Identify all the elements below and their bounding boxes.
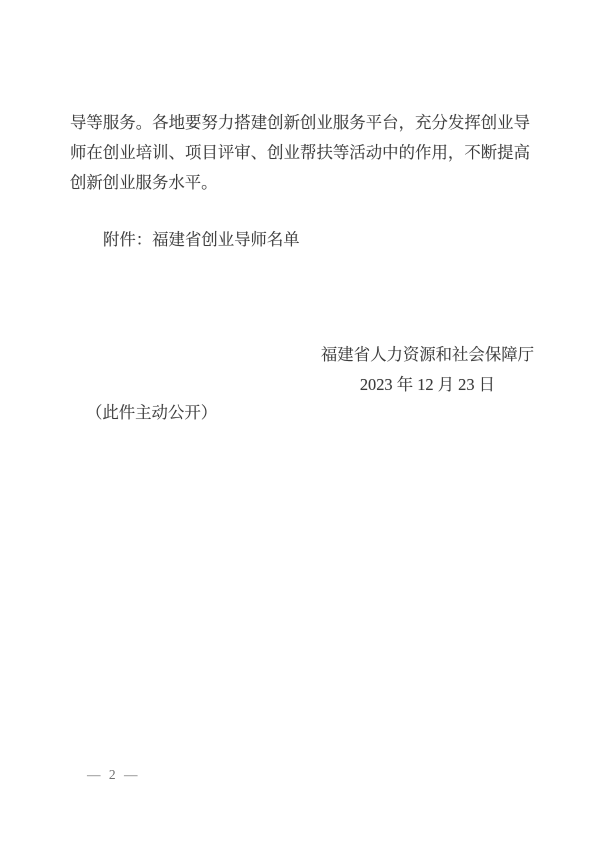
paragraph-line: 创新创业服务水平。: [70, 168, 530, 198]
paragraph-line: 导等服务。各地要努力搭建创新创业服务平台，充分发挥创业导: [70, 108, 530, 138]
paragraph-line: 师在创业培训、项目评审、创业帮扶等活动中的作用，不断提高: [70, 138, 530, 168]
document-page: 导等服务。各地要努力搭建创新创业服务平台，充分发挥创业导 师在创业培训、项目评审…: [0, 0, 599, 848]
page-number: — 2 —: [87, 767, 139, 783]
body-paragraph: 导等服务。各地要努力搭建创新创业服务平台，充分发挥创业导 师在创业培训、项目评审…: [70, 108, 530, 198]
disclosure-note: （此件主动公开）: [70, 398, 217, 428]
signature-block: 福建省人力资源和社会保障厅 2023 年 12 月 23 日: [321, 340, 534, 400]
agency-name: 福建省人力资源和社会保障厅: [321, 340, 534, 370]
issue-date: 2023 年 12 月 23 日: [321, 370, 534, 400]
attachment-line: 附件：福建省创业导师名单: [70, 225, 530, 255]
